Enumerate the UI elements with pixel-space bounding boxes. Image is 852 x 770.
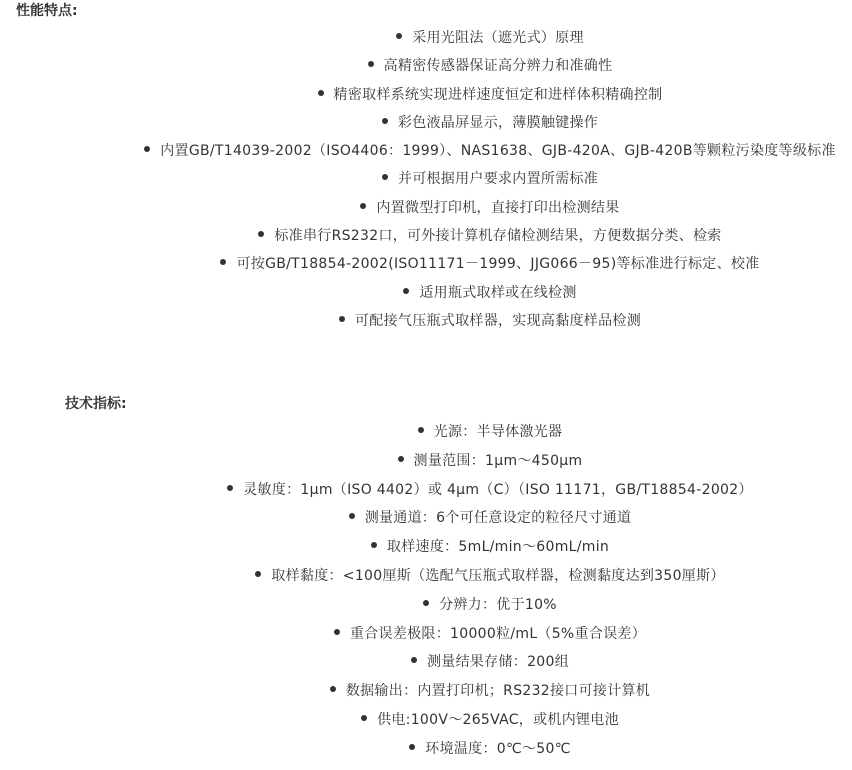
feature-item-text: 可按GB/T18854-2002(ISO11171－1999、JJG066－95… (236, 256, 759, 272)
spec-item: 测量结果存储：200组 (0, 648, 852, 677)
spec-item: 取样速度：5mL/min～60mL/min (0, 533, 852, 562)
feature-item: 可按GB/T18854-2002(ISO11171－1999、JJG066－95… (0, 250, 852, 278)
spec-item: 数据输出：内置打印机；RS232接口可接计算机 (0, 677, 852, 706)
bullet-icon (339, 316, 345, 322)
spec-item: 测量通道：6个可任意设定的粒径尺寸通道 (0, 504, 852, 533)
feature-item: 精密取样系统实现进样速度恒定和进样体积精确控制 (0, 81, 852, 109)
feature-item-text: 彩色液晶屏显示，薄膜触键操作 (398, 115, 598, 131)
spec-item: 测量范围：1μm～450μm (0, 447, 852, 476)
spec-item: 供电:100V～265VAC，或机内锂电池 (0, 706, 852, 735)
feature-item-text: 适用瓶式取样或在线检测 (419, 285, 576, 301)
bullet-icon (144, 146, 150, 152)
feature-item-text: 标准串行RS232口，可外接计算机存储检测结果，方便数据分类、检索 (274, 228, 721, 244)
feature-item: 并可根据用户要求内置所需标准 (0, 165, 852, 193)
feature-item-text: 内置微型打印机，直接打印出检测结果 (376, 200, 619, 216)
spec-item-text: 测量范围：1μm～450μm (414, 453, 583, 469)
features-list: 采用光阻法（遮光式）原理 高精密传感器保证高分辨力和准确性 精密取样系统实现进样… (0, 24, 852, 335)
spec-item: 重合误差极限：10000粒/mL（5%重合误差） (0, 620, 852, 649)
spec-item: 光源：半导体激光器 (0, 418, 852, 447)
feature-item: 彩色液晶屏显示，薄膜触键操作 (0, 109, 852, 137)
feature-item-text: 采用光阻法（遮光式）原理 (412, 30, 584, 46)
spec-item-text: 灵敏度：1μm（ISO 4402）或 4μm（C）（ISO 11171，GB/T… (243, 482, 753, 498)
bullet-icon (227, 485, 233, 491)
bullet-icon (255, 571, 261, 577)
features-heading: 性能特点: (16, 1, 78, 21)
spec-item-text: 供电:100V～265VAC，或机内锂电池 (377, 712, 619, 728)
feature-item: 适用瓶式取样或在线检测 (0, 279, 852, 307)
bullet-icon (330, 686, 336, 692)
specs-heading: 技术指标: (65, 394, 127, 414)
feature-item-text: 精密取样系统实现进样速度恒定和进样体积精确控制 (334, 87, 663, 103)
spec-item-text: 数据输出：内置打印机；RS232接口可接计算机 (346, 683, 650, 699)
spec-item-text: 重合误差极限：10000粒/mL（5%重合误差） (350, 626, 646, 642)
spec-item-text: 取样黏度：<100厘斯（选配气压瓶式取样器，检测黏度达到350厘斯） (271, 568, 724, 584)
bullet-icon (258, 231, 264, 237)
bullet-icon (382, 118, 388, 124)
specs-list: 光源：半导体激光器 测量范围：1μm～450μm 灵敏度：1μm（ISO 440… (0, 418, 852, 764)
feature-item: 标准串行RS232口，可外接计算机存储检测结果，方便数据分类、检索 (0, 222, 852, 250)
bullet-icon (403, 288, 409, 294)
feature-item: 可配接气压瓶式取样器，实现高黏度样品检测 (0, 307, 852, 335)
spec-item: 取样黏度：<100厘斯（选配气压瓶式取样器，检测黏度达到350厘斯） (0, 562, 852, 591)
bullet-icon (368, 61, 374, 67)
feature-item: 内置GB/T14039-2002（ISO4406：1999）、NAS1638、G… (0, 137, 852, 165)
spec-item-text: 分辨力：优于10% (439, 597, 557, 613)
bullet-icon (382, 174, 388, 180)
feature-item-text: 内置GB/T14039-2002（ISO4406：1999）、NAS1638、G… (160, 143, 836, 159)
feature-item: 内置微型打印机，直接打印出检测结果 (0, 194, 852, 222)
feature-item: 高精密传感器保证高分辨力和准确性 (0, 52, 852, 80)
bullet-icon (423, 600, 429, 606)
spec-item: 分辨力：优于10% (0, 591, 852, 620)
bullet-icon (220, 259, 226, 265)
spec-item-text: 测量结果存储：200组 (427, 654, 569, 670)
spec-item: 灵敏度：1μm（ISO 4402）或 4μm（C）（ISO 11171，GB/T… (0, 476, 852, 505)
bullet-icon (349, 513, 355, 519)
spec-item-text: 取样速度：5mL/min～60mL/min (387, 539, 609, 555)
bullet-icon (334, 629, 340, 635)
feature-item-text: 可配接气压瓶式取样器，实现高黏度样品检测 (355, 313, 641, 329)
bullet-icon (361, 715, 367, 721)
bullet-icon (318, 90, 324, 96)
feature-item: 采用光阻法（遮光式）原理 (0, 24, 852, 52)
bullet-icon (396, 33, 402, 39)
bullet-icon (409, 744, 415, 750)
spec-item-text: 环境温度：0℃～50℃ (425, 741, 570, 757)
bullet-icon (411, 657, 417, 663)
spec-item-text: 测量通道：6个可任意设定的粒径尺寸通道 (365, 510, 632, 526)
spec-item-text: 光源：半导体激光器 (434, 424, 563, 440)
feature-item-text: 并可根据用户要求内置所需标准 (398, 171, 598, 187)
spec-item: 环境温度：0℃～50℃ (0, 735, 852, 764)
bullet-icon (371, 542, 377, 548)
feature-item-text: 高精密传感器保证高分辨力和准确性 (384, 58, 613, 74)
bullet-icon (398, 456, 404, 462)
bullet-icon (418, 427, 424, 433)
bullet-icon (360, 203, 366, 209)
